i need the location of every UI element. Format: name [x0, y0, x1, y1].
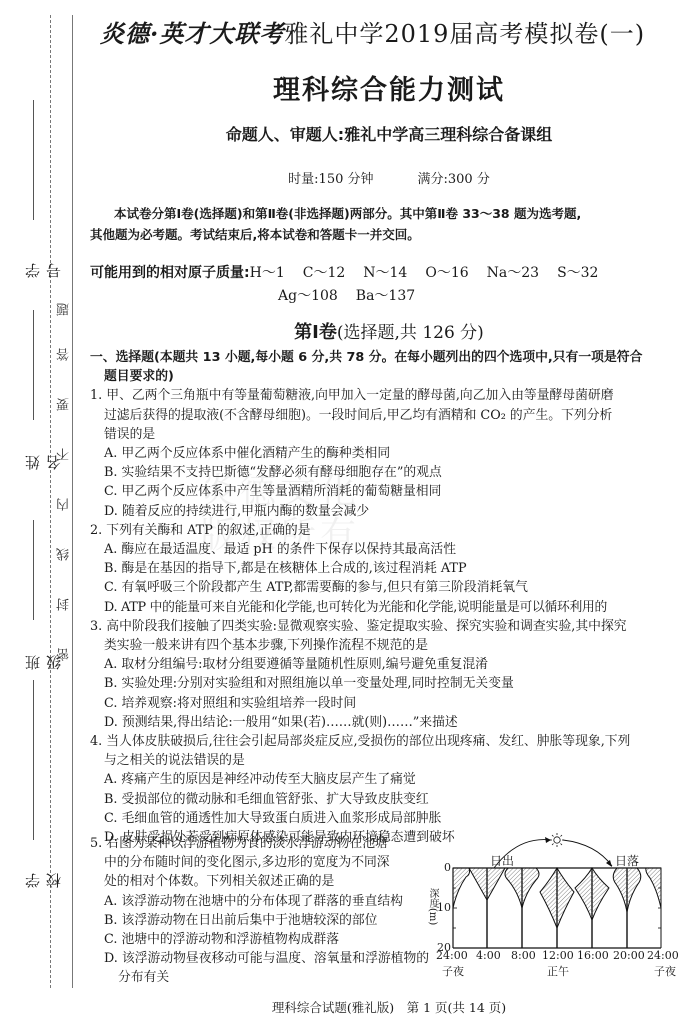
noon-label: 正午	[547, 963, 569, 979]
seal-char-mi: 密	[55, 648, 71, 661]
mass-o: O～16	[425, 265, 468, 281]
question-5-option-d: D. 该浮游动物昼夜移动可能与温度、溶氧量和浮游植物的分布有关	[90, 949, 430, 987]
duration: 时量:150 分钟	[288, 172, 373, 187]
question-2-option-c: C. 有氧呼吸三个阶段都产生 ATP,都需要酶的参与,但只有第三阶段消耗氧气	[90, 578, 688, 597]
x-tick-2000: 20:00	[613, 949, 645, 962]
mass-h: H～1	[250, 265, 285, 281]
question-5-option-b: B. 该浮游动物在日出前后集中于池塘较深的部位	[90, 911, 430, 930]
question-5: 5. 右图为某种以浮游植物为食的淡水浮游动物在池塘中的分布随时间的变化图示,多边…	[90, 834, 430, 988]
question-4-option-c: C. 毛细血管的通透性加大导致蛋白质进入血浆形成局部肿胀	[90, 809, 688, 828]
x-tick-0800: 8:00	[511, 949, 536, 962]
instructions-line-2: 其他题为必考题。考试结束后,将本试卷和答题卡一并交回。	[90, 224, 688, 245]
question-4-option-b: B. 受损部位的微动脉和毛细血管舒张、扩大导致皮肤变红	[90, 790, 688, 809]
sun-icon	[550, 833, 564, 847]
section-instruction: 一、选择题(本题共 13 小题,每小题 6 分,共 78 分。在每小题列出的四个…	[90, 348, 688, 367]
sunrise-label: 日出	[490, 852, 514, 869]
question-3-option-b: B. 实验处理:分别对实验组和对照组施以单一变量处理,同时控制无关变量	[90, 674, 688, 693]
school-label: 学 校	[22, 838, 42, 888]
sunset-label: 日落	[615, 852, 639, 869]
student-id-underline	[33, 100, 34, 220]
question-1-option-b: B. 实验结果不支持巴斯德“发酵必须有酵母细胞存在”的观点	[90, 463, 688, 482]
question-4-option-a: A. 疼痛产生的原因是神经冲动传至大脑皮层产生了痛觉	[90, 770, 688, 789]
question-3-option-a: A. 取材分组编号:取材分组要遵循等量随机性原则,编号避免重复混淆	[90, 655, 688, 674]
x-tick-0400: 4:00	[476, 949, 501, 962]
mass-na: Na～23	[487, 265, 539, 281]
exam-name: 雅礼中学2019届高考模拟卷(一)	[284, 20, 645, 48]
name-label: 姓 名	[22, 420, 42, 470]
y-tick-0: 0	[444, 861, 451, 874]
section-title: 第Ⅰ卷(选择题,共 126 分)	[90, 318, 688, 344]
school-underline	[33, 680, 34, 840]
student-id-label: 学 号	[22, 228, 42, 278]
mass-ag: Ag～108	[278, 288, 338, 304]
atomic-mass-label: 可能用到的相对原子质量:	[90, 265, 250, 281]
question-1-option-a: A. 甲乙两个反应体系中催化酒精产生的酶种类相同	[90, 444, 688, 463]
page-footer: 理科综合试题(雅礼版) 第 1 页(共 14 页)	[90, 998, 688, 1016]
question-list: 一、选择题(本题共 13 小题,每小题 6 分,共 78 分。在每小题列出的四个…	[90, 348, 688, 847]
mass-s: S～32	[557, 265, 598, 281]
seal-char-feng: 封	[55, 598, 71, 611]
section-title-bold: 第Ⅰ卷	[294, 322, 337, 343]
question-2-stem: 2. 下列有关酶和 ATP 的叙述,正确的是	[90, 521, 688, 540]
mass-c: C～12	[303, 265, 346, 281]
x-tick-2400: 24:00	[647, 949, 679, 962]
seal-char-ti: 题	[55, 303, 71, 316]
seal-dashed-line	[50, 15, 51, 988]
section-instruction-cont: 题目要求的)	[90, 367, 688, 386]
zooplankton-depth-chart: 日出 日落 0 10 20 深度(m) 24:00 4:00 8:00 12:0…	[428, 830, 688, 980]
question-5-option-a: A. 该浮游动物在池塘中的分布体现了群落的垂直结构	[90, 892, 430, 911]
instructions-line-1: 本试卷分第Ⅰ卷(选择题)和第Ⅱ卷(非选择题)两部分。其中第Ⅱ卷 33～38 题为…	[90, 203, 688, 224]
exam-instructions: 本试卷分第Ⅰ卷(选择题)和第Ⅱ卷(非选择题)两部分。其中第Ⅱ卷 33～38 题为…	[90, 203, 688, 245]
question-2-option-a: A. 酶应在最适温度、最适 pH 的条件下保存以保持其最高活性	[90, 540, 688, 559]
question-1-option-c: C. 甲乙两个反应体系中产生等量酒精所消耗的葡萄糖量相同	[90, 482, 688, 501]
mass-ba: Ba～137	[356, 288, 415, 304]
question-2-option-b: B. 酶是在基因的指导下,都是在核糖体上合成的,该过程消耗 ATP	[90, 559, 688, 578]
mass-n: N～14	[363, 265, 407, 281]
question-4-stem: 4. 当人体皮肤破损后,往往会引起局部炎症反应,受损伤的部位出现疼痛、发红、肿胀…	[90, 732, 688, 770]
seal-char-bu: 不	[55, 448, 71, 461]
x-tick-1200: 12:00	[542, 949, 574, 962]
section-title-rest: (选择题,共 126 分)	[337, 323, 484, 343]
class-label: 班 级	[22, 620, 42, 670]
name-underline	[33, 310, 34, 420]
question-2-option-d: D. ATP 中的能量可来自光能和化学能,也可转化为光能和化学能,说明能量是可以…	[90, 598, 688, 617]
seal-char-nei: 内	[55, 498, 71, 511]
question-3-stem: 3. 高中阶段我们接触了四类实验:显微观察实验、鉴定提取实验、探究实验和调查实验…	[90, 617, 688, 655]
question-3-option-c: C. 培养观察:将对照组和实验组培养一段时间	[90, 694, 688, 713]
authors-line: 命题人、审题人:雅礼中学高三理科综合备课组	[90, 122, 688, 145]
brand-name: 炎德·英才大联考	[100, 19, 284, 48]
question-5-stem: 5. 右图为某种以浮游植物为食的淡水浮游动物在池塘中的分布随时间的变化图示,多边…	[90, 834, 430, 892]
x-tick-1600: 16:00	[577, 949, 609, 962]
question-5-option-c: C. 池塘中的浮游动物和浮游植物构成群落	[90, 930, 430, 949]
question-3-option-d: D. 预测结果,得出结论:一般用“如果(若)……就(则)……”来描述	[90, 713, 688, 732]
midnight-label-end: 子夜	[654, 963, 676, 979]
midnight-label-start: 子夜	[442, 963, 464, 979]
exam-series-title: 炎德·英才大联考雅礼中学2019届高考模拟卷(一)	[100, 14, 680, 49]
question-1-option-d: D. 随着反应的持续进行,甲瓶内酶的数量会减少	[90, 502, 688, 521]
seal-char-yao: 要	[55, 398, 71, 411]
x-tick-0000: 24:00	[436, 949, 468, 962]
question-1-stem: 1. 甲、乙两个三角瓶中有等量葡萄糖液,向甲加入一定量的酵母菌,向乙加入由等量酵…	[90, 386, 688, 444]
y-axis-label: 深度(m)	[426, 888, 440, 925]
subject-title: 理科综合能力测试	[90, 68, 688, 107]
seal-char-da: 答	[55, 348, 71, 361]
seal-char-xian: 线	[55, 548, 71, 561]
atomic-mass-list: 可能用到的相对原子质量:H～1C～12N～14O～16Na～23S～32 Ag～…	[90, 262, 688, 308]
exam-meta: 时量:150 分钟满分:300 分	[90, 168, 688, 187]
full-score: 满分:300 分	[418, 172, 490, 187]
class-underline	[33, 520, 34, 620]
